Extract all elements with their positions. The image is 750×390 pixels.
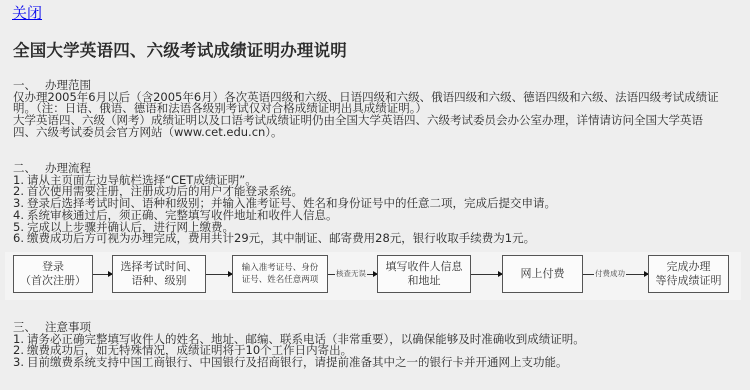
flow-arrow bbox=[206, 274, 232, 275]
flow-step-online-payment: 网上付费 bbox=[502, 255, 583, 293]
section-notes: 三、 注意事项 1.请务必正确完整填写收件人的姓名、地址、邮编、联系电话（非常重… bbox=[13, 322, 585, 369]
section-process: 二、 办理流程 1.请从主页面左边导航栏选择“CET成绩证明”。 2.首次使用需… bbox=[13, 163, 556, 245]
process-flowchart: 登录 （首次注册） 选择考试时间、 语种、级别 输入准考证号、身份 证号、姓名任… bbox=[5, 252, 741, 300]
flow-step-complete: 完成办理 等待成绩证明 bbox=[648, 255, 729, 293]
list-item: 6.缴费成功后方可视为办理完成，费用共计29元，其中制证、邮寄费用28元，银行收… bbox=[13, 233, 556, 245]
flow-step-login: 登录 （首次注册） bbox=[13, 255, 93, 293]
flow-connector-label: 核查无误 bbox=[335, 268, 367, 280]
flow-connector-label: 付费成功 bbox=[594, 268, 626, 280]
flow-step-select-exam: 选择考试时间、 语种、级别 bbox=[112, 255, 206, 293]
flow-step-enter-info: 输入准考证号、身份 证号、姓名任意两项 bbox=[232, 255, 328, 293]
flow-arrow bbox=[93, 274, 112, 275]
flow-step-fill-address: 填写收件人信息 和地址 bbox=[377, 255, 471, 293]
scope-line: 四、六级考试委员会官方网站（www.cet.edu.cn）。 bbox=[13, 127, 719, 139]
flow-arrow bbox=[471, 274, 502, 275]
list-item: 3.目前缴费系统支持中国工商银行、中国银行及招商银行，请提前准备其中之一的银行卡… bbox=[13, 357, 585, 369]
section-scope: 一、 办理范围 仅办理2005年6月以后（含2005年6月）各次英语四级和六级、… bbox=[13, 80, 719, 139]
close-link[interactable]: 关闭 bbox=[12, 4, 42, 22]
page-title: 全国大学英语四、六级考试成绩证明办理说明 bbox=[13, 39, 347, 63]
